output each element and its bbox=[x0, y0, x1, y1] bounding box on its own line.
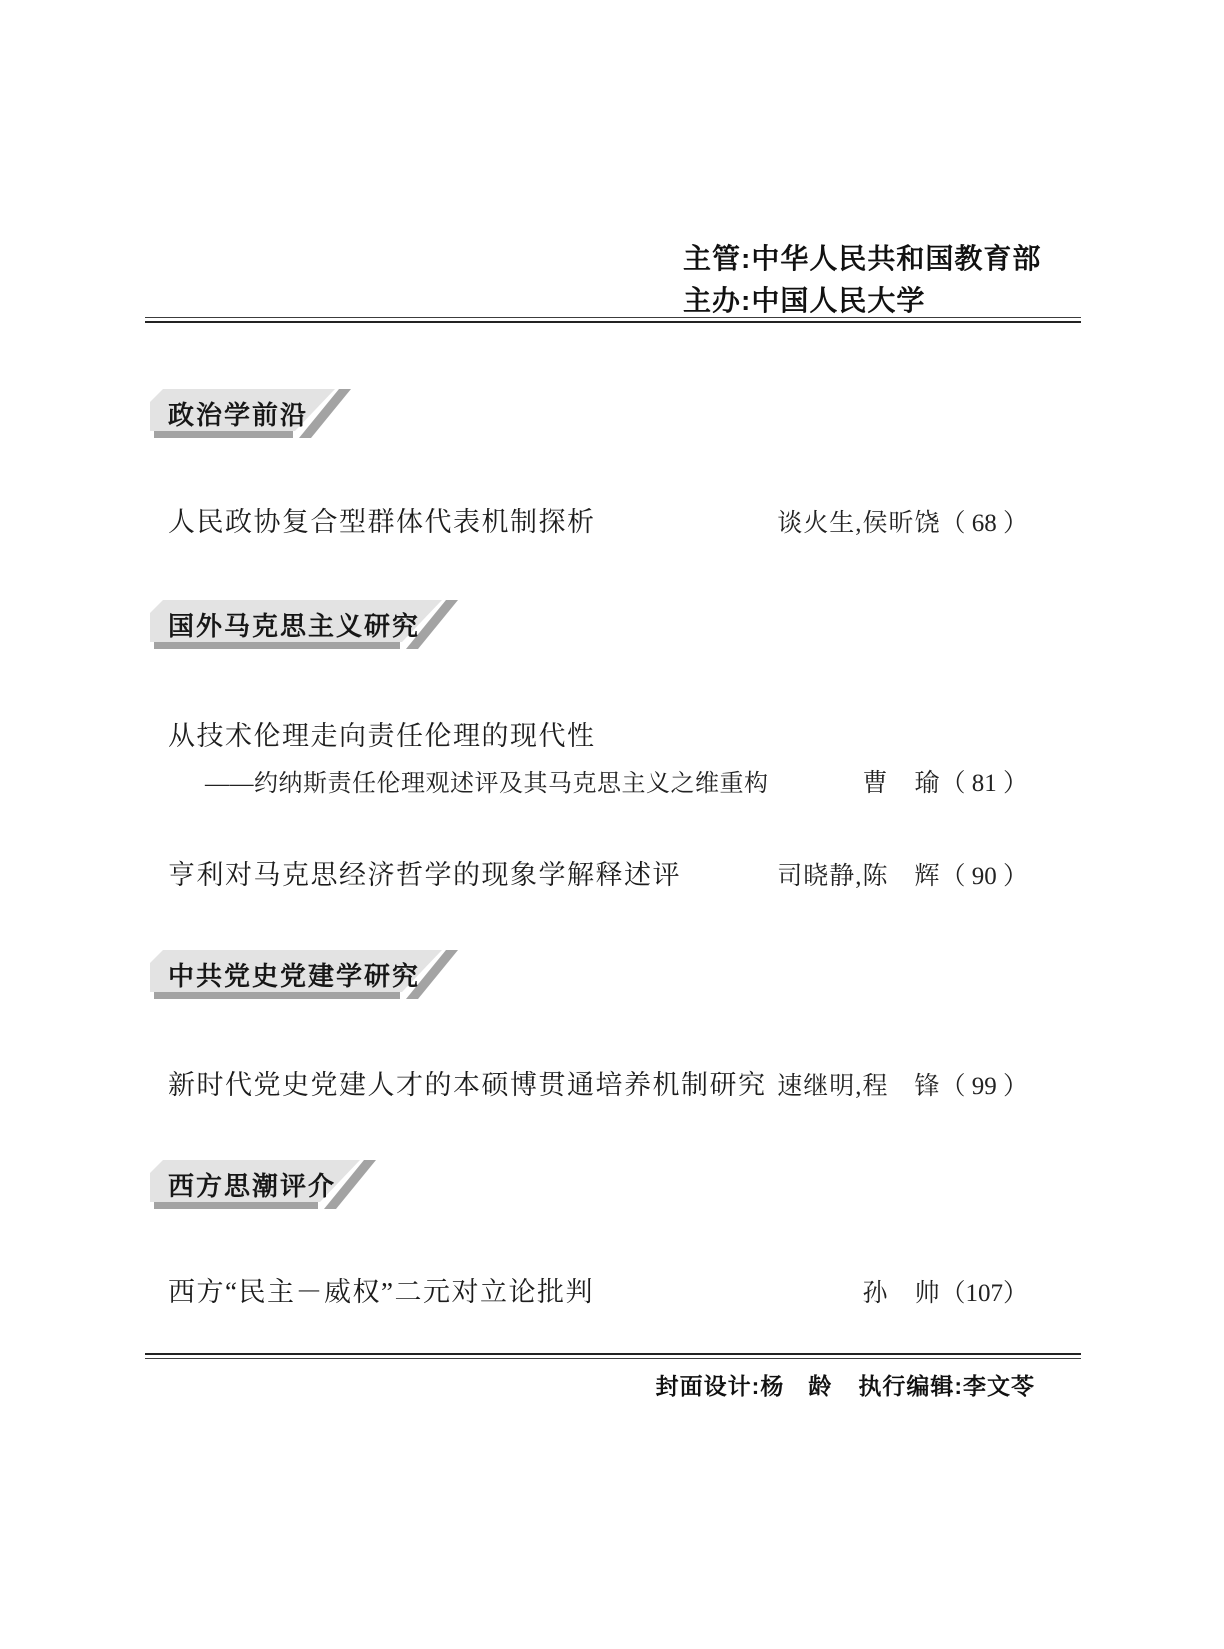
article-byline: 谈火生,侯昕饶（ 68 ） bbox=[777, 503, 1028, 539]
article-byline: 速继明,程 锋（ 99 ） bbox=[777, 1066, 1028, 1102]
article-page-number: （107） bbox=[940, 1280, 1028, 1307]
article-byline: 曹 瑜（ 81 ） bbox=[862, 763, 1028, 799]
journal-toc-page: { "colors": { "page_bg": "#ffffff", "ban… bbox=[0, 0, 1224, 1649]
toc-entry: 亨利对马克思经济哲学的现象学解释述评 司晓静,陈 辉（ 90 ） bbox=[168, 853, 1028, 892]
article-byline: 司晓静,陈 辉（ 90 ） bbox=[777, 856, 1028, 892]
credits-line: 封面设计:杨 龄执行编辑:李文苓 bbox=[656, 1368, 1035, 1401]
supervisor-line: 主管:中华人民共和国教育部 bbox=[683, 238, 1041, 280]
article-page-number: （ 81 ） bbox=[940, 770, 1028, 797]
section-label: 国外马克思主义研究 bbox=[168, 600, 420, 645]
toc-entry: 新时代党史党建人才的本硕博贯通培养机制研究 速继明,程 锋（ 99 ） bbox=[168, 1063, 1028, 1102]
header-double-rule bbox=[145, 317, 1081, 323]
cover-design-credit: 封面设计:杨 龄 bbox=[656, 1373, 833, 1399]
section-label: 西方思潮评介 bbox=[168, 1160, 336, 1205]
toc-entry-subtitle: ——约纳斯责任伦理观述评及其马克思主义之维重构 曹 瑜（ 81 ） bbox=[205, 763, 1028, 799]
article-page-number: （ 90 ） bbox=[940, 863, 1028, 890]
toc-entry: 从技术伦理走向责任伦理的现代性 bbox=[168, 714, 1028, 753]
organizer-line: 主办:中国人民大学 bbox=[683, 280, 1041, 322]
article-title: 人民政协复合型群体代表机制探析 bbox=[168, 500, 596, 539]
article-title: 新时代党史党建人才的本硕博贯通培养机制研究 bbox=[168, 1063, 767, 1102]
article-page-number: （ 68 ） bbox=[940, 510, 1028, 537]
toc-entry: 人民政协复合型群体代表机制探析 谈火生,侯昕饶（ 68 ） bbox=[168, 500, 1028, 539]
section-label: 政治学前沿 bbox=[168, 389, 308, 434]
article-title: 亨利对马克思经济哲学的现象学解释述评 bbox=[168, 853, 681, 892]
article-subtitle: ——约纳斯责任伦理观述评及其马克思主义之维重构 bbox=[205, 763, 769, 798]
article-authors: 孙 帅 bbox=[862, 1280, 940, 1307]
article-authors: 司晓静,陈 辉 bbox=[777, 863, 940, 890]
article-authors: 谈火生,侯昕饶 bbox=[777, 510, 940, 537]
article-authors: 速继明,程 锋 bbox=[777, 1073, 940, 1100]
article-authors: 曹 瑜 bbox=[862, 770, 940, 797]
footer-double-rule bbox=[145, 1353, 1081, 1359]
article-title: 西方“民主－威权”二元对立论批判 bbox=[168, 1270, 594, 1309]
executive-editor-credit: 执行编辑:李文苓 bbox=[858, 1373, 1035, 1399]
article-page-number: （ 99 ） bbox=[940, 1073, 1028, 1100]
article-title: 从技术伦理走向责任伦理的现代性 bbox=[168, 714, 596, 753]
article-byline: 孙 帅（107） bbox=[862, 1273, 1028, 1309]
section-label: 中共党史党建学研究 bbox=[168, 950, 420, 995]
masthead: 主管:中华人民共和国教育部 主办:中国人民大学 bbox=[683, 238, 1041, 322]
toc-entry: 西方“民主－威权”二元对立论批判 孙 帅（107） bbox=[168, 1270, 1028, 1309]
